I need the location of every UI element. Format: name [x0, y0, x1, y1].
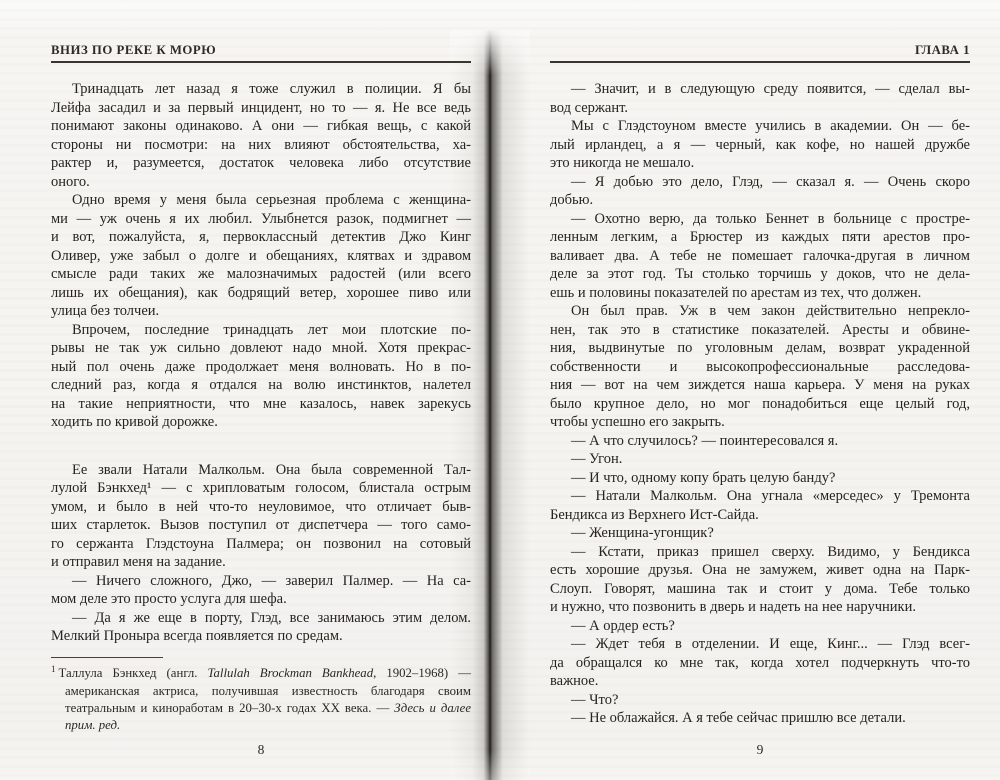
text-line: чтобы успешно его закрыть. [550, 413, 970, 432]
text-line: Он был прав. Уж в чем закон действительн… [550, 302, 970, 321]
text-line: — Ждет тебя в отделении. И еще, Кинг... … [550, 635, 970, 654]
paragraph: Он был прав. Уж в чем закон действительн… [550, 302, 970, 432]
text-line: Ее звали Натали Малкольм. Она была совре… [51, 461, 471, 480]
page-number: 9 [550, 742, 970, 758]
text-line: нен, так это в статистике показателей. А… [550, 321, 970, 340]
text-line: мом деле это просто услуга для шефа. [51, 590, 471, 609]
text-line: ходить по кривой дорожке. [51, 413, 471, 432]
text-line: важное. [550, 672, 970, 691]
text-line: следний раз, когда я отдался на волю инс… [51, 376, 471, 395]
text-line: деле за этот год. Ты столько торчишь у д… [550, 265, 970, 284]
footnote-body: Таллула Бэнкхед (англ. Tallulah Brockman… [59, 666, 472, 732]
text-line: умом, и было в ней что-то неуловимое, чт… [51, 498, 471, 517]
text-line: — Женщина-угонщик? [550, 524, 970, 543]
header-rule [550, 61, 970, 63]
paragraph: Одно время у меня была серьезная проблем… [51, 191, 471, 321]
left-page: ВНИЗ ПО РЕКЕ К МОРЮ Тринадцать лет назад… [51, 0, 471, 780]
text-line: да обращался ко мне так, когда хотел под… [550, 654, 970, 673]
paragraph: — Ничего сложного, Джо, — заверил Палмер… [51, 572, 471, 609]
footnote-text: 1Таллула Бэнкхед (англ. Tallulah Brockma… [51, 665, 471, 735]
text-line: Одно время у меня была серьезная проблем… [51, 191, 471, 210]
text-line: вод сержант. [550, 99, 970, 118]
text-line: Мы с Глэдстоуном вместе учились в академ… [550, 117, 970, 136]
text-line: ленным легким, а Брюстер из каждых пяти … [550, 228, 970, 247]
running-title: ГЛАВА 1 [550, 0, 970, 57]
text-line: есть хорошие друзья. Она не замужем, жив… [550, 561, 970, 580]
text-line: оного. [51, 173, 471, 192]
text-line: валивает два. А тебе не помешает галочка… [550, 247, 970, 266]
paragraph: — Охотно верю, да только Беннет в больни… [550, 210, 970, 303]
text-line: добью. [550, 191, 970, 210]
text-line: лишь их обещания), как бодрящий ветер, х… [51, 284, 471, 303]
paragraph: Мы с Глэдстоуном вместе учились в академ… [550, 117, 970, 173]
text-line: ния, выдвинутые по уголовным делам, возв… [550, 339, 970, 358]
text-line: — И что, одному копу брать целую банду? [550, 469, 970, 488]
text-line: Слоуп. Говорят, машина так и стоит у дом… [550, 580, 970, 599]
footnote-segment: Таллула Бэнкхед (англ. [59, 666, 208, 680]
text-line: Бендикса из Верхнего Ист-Сайда. [550, 506, 970, 525]
paragraph: Впрочем, последние тринадцать лет мои пл… [51, 321, 471, 432]
paragraph: — Кстати, приказ пришел сверху. Видимо, … [550, 543, 970, 617]
footnote-marker: 1 [51, 664, 56, 674]
text-line: смысле ради таких же малозначимых радост… [51, 265, 471, 284]
paragraph: — Не облажайся. А я тебе сейчас пришлю в… [550, 709, 970, 728]
text-line: — Значит, и в следующую среду появится, … [550, 80, 970, 99]
text-line: лый ирландец, а я — черный, как кофе, но… [550, 136, 970, 155]
text-line: — Я добью это дело, Глэд, — сказал я. — … [550, 173, 970, 192]
text-line: Оливер, уже забыл о долге и обещаниях, к… [51, 247, 471, 266]
text-line: лулой Бэнкхед¹ — с хрипловатым голосом, … [51, 479, 471, 498]
text-line: Тринадцать лет назад я тоже служил в пол… [51, 80, 471, 99]
page-number: 8 [51, 742, 471, 758]
text-line: ешь и половины показателей по арестам из… [550, 284, 970, 303]
text-line: рактер и, разумеется, достаток человека … [51, 154, 471, 173]
text-line: было крупное дело, но мог понадобиться е… [550, 395, 970, 414]
text-line: на такие неприятности, что мне казалось,… [51, 395, 471, 414]
text-line: это никогда не мешало. [550, 154, 970, 173]
text-line: — Ничего сложного, Джо, — заверил Палмер… [51, 572, 471, 591]
paragraph: — Да я же еще в порту, Глэд, все занимаю… [51, 609, 471, 646]
paragraph: Ее звали Натали Малкольм. Она была совре… [51, 461, 471, 572]
text-line: — Натали Малкольм. Она угнала «мерседес»… [550, 487, 970, 506]
text-line: го сержанта Глэдстоуна Палмера; он позво… [51, 535, 471, 554]
text-line: стороны ни посмотри: на них влияют обсто… [51, 136, 471, 155]
text-line: — Что? [550, 691, 970, 710]
text-line: — А что случилось? — поинтересовался я. [550, 432, 970, 451]
page-body: — Значит, и в следующую среду появится, … [550, 80, 970, 728]
paragraph: — А ордер есть? [550, 617, 970, 636]
text-line: и отправил меня на задание. [51, 553, 471, 572]
text-line: — Охотно верю, да только Беннет в больни… [550, 210, 970, 229]
text-line: ших старлеток. Вызов поступил от диспетч… [51, 516, 471, 535]
header-rule [51, 61, 471, 63]
paragraph: — Натали Малкольм. Она угнала «мерседес»… [550, 487, 970, 524]
footnote-rule [51, 657, 163, 659]
text-line: собственности и высокопрофессиональные р… [550, 358, 970, 377]
text-line: и нужно, что позвонить в дверь и надеть … [550, 598, 970, 617]
running-title: ВНИЗ ПО РЕКЕ К МОРЮ [51, 0, 471, 57]
text-line: ный пол очень даже продолжает меня волно… [51, 358, 471, 377]
paragraph: — Значит, и в следующую среду появится, … [550, 80, 970, 117]
right-page: ГЛАВА 1 — Значит, и в следующую среду по… [550, 0, 970, 780]
paragraph: — Женщина-угонщик? [550, 524, 970, 543]
text-line: — Угон. [550, 450, 970, 469]
text-line: — Да я же еще в порту, Глэд, все занимаю… [51, 609, 471, 628]
book-spread: ВНИЗ ПО РЕКЕ К МОРЮ Тринадцать лет назад… [0, 0, 1000, 780]
text-line: Впрочем, последние тринадцать лет мои пл… [51, 321, 471, 340]
text-line: ми — уж очень я их любил. Улыбнется разо… [51, 210, 471, 229]
paragraph: Тринадцать лет назад я тоже служил в пол… [51, 80, 471, 191]
paragraph: — Ждет тебя в отделении. И еще, Кинг... … [550, 635, 970, 691]
footnote: 1Таллула Бэнкхед (англ. Tallulah Brockma… [51, 657, 471, 735]
text-line: и вот, пожалуйста, я, первоклассный дете… [51, 228, 471, 247]
text-line: — Не облажайся. А я тебе сейчас пришлю в… [550, 709, 970, 728]
text-line: Лейфа засадил и за первый инцидент, но т… [51, 99, 471, 118]
footnote-segment: Tallulah Brockman Bankhead [208, 666, 374, 680]
page-body: Тринадцать лет назад я тоже служил в пол… [51, 80, 471, 646]
text-line: — Кстати, приказ пришел сверху. Видимо, … [550, 543, 970, 562]
text-line: Мелкий Проныра всегда появляется по сред… [51, 627, 471, 646]
paragraph: — А что случилось? — поинтересовался я. [550, 432, 970, 451]
text-line: улица без толчеи. [51, 302, 471, 321]
paragraph: — Я добью это дело, Глэд, — сказал я. — … [550, 173, 970, 210]
text-line: ния — вот на чем зиждется наша карьера. … [550, 376, 970, 395]
paragraph: — Что? [550, 691, 970, 710]
text-line: — А ордер есть? [550, 617, 970, 636]
paragraph: — И что, одному копу брать целую банду? [550, 469, 970, 488]
text-line: понимают законы одинаково. А они — гибка… [51, 117, 471, 136]
paragraph: — Угон. [550, 450, 970, 469]
text-line: рывы не так уж сильно довлеют надо мной.… [51, 339, 471, 358]
